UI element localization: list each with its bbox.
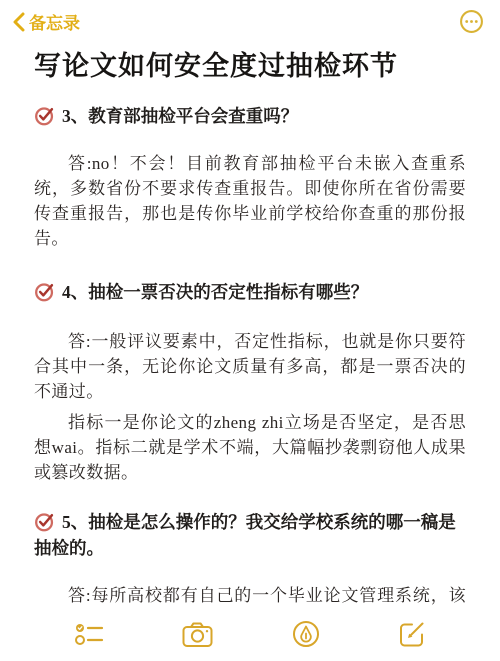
- ellipsis-circle-icon: [459, 9, 484, 34]
- checklist-icon: [74, 620, 104, 648]
- answer-paragraph: 答:no！不会！目前教育部抽检平台未嵌入查重系统，多数省份不要求传查重报告。即使…: [34, 151, 466, 251]
- checklist-button[interactable]: [74, 620, 104, 648]
- check-circle-icon: [34, 281, 55, 302]
- note-content: 写论文如何安全度过抽检环节 3、教育部抽检平台会查重吗？ 答:no！不会！目前教…: [0, 49, 500, 658]
- more-button[interactable]: [459, 9, 484, 34]
- check-circle-icon: [34, 511, 55, 532]
- top-nav: 备忘录: [0, 0, 500, 34]
- question-text: 4、抽检一票否决的否定性指标有哪些？: [62, 282, 368, 302]
- memo-screen: { "nav": { "back_label": "备忘录" }, "note"…: [0, 0, 500, 661]
- question-item-3: 3、教育部抽检平台会查重吗？: [34, 103, 466, 129]
- question-text: 3、教育部抽检平台会查重吗？: [62, 106, 298, 126]
- bottom-toolbar: [0, 607, 500, 661]
- question-text: 5、抽检是怎么操作的？我交给学校系统的哪一稿是抽检的。: [34, 512, 456, 558]
- markup-button[interactable]: [292, 620, 320, 648]
- check-circle-icon: [34, 105, 55, 126]
- back-button[interactable]: 备忘录: [12, 9, 80, 34]
- answer-paragraph: 答:一般评议要素中，否定性指标，也就是你只要符合其中一条，无论你论文质量有多高，…: [34, 329, 466, 404]
- camera-button[interactable]: [182, 621, 213, 648]
- chevron-left-icon: [12, 12, 25, 32]
- compose-button[interactable]: [398, 620, 426, 648]
- question-item-4: 4、抽检一票否决的否定性指标有哪些？: [34, 279, 466, 305]
- camera-icon: [182, 621, 213, 648]
- answer-paragraph: 指标一是你论文的zheng zhi立场是否坚定，是否思想wai。指标二就是学术不…: [34, 410, 466, 485]
- back-label: 备忘录: [29, 9, 80, 34]
- question-item-5: 5、抽检是怎么操作的？我交给学校系统的哪一稿是抽检的。: [34, 509, 466, 561]
- compose-icon: [398, 620, 426, 648]
- note-title: 写论文如何安全度过抽检环节: [34, 49, 466, 83]
- markup-pen-icon: [292, 620, 320, 648]
